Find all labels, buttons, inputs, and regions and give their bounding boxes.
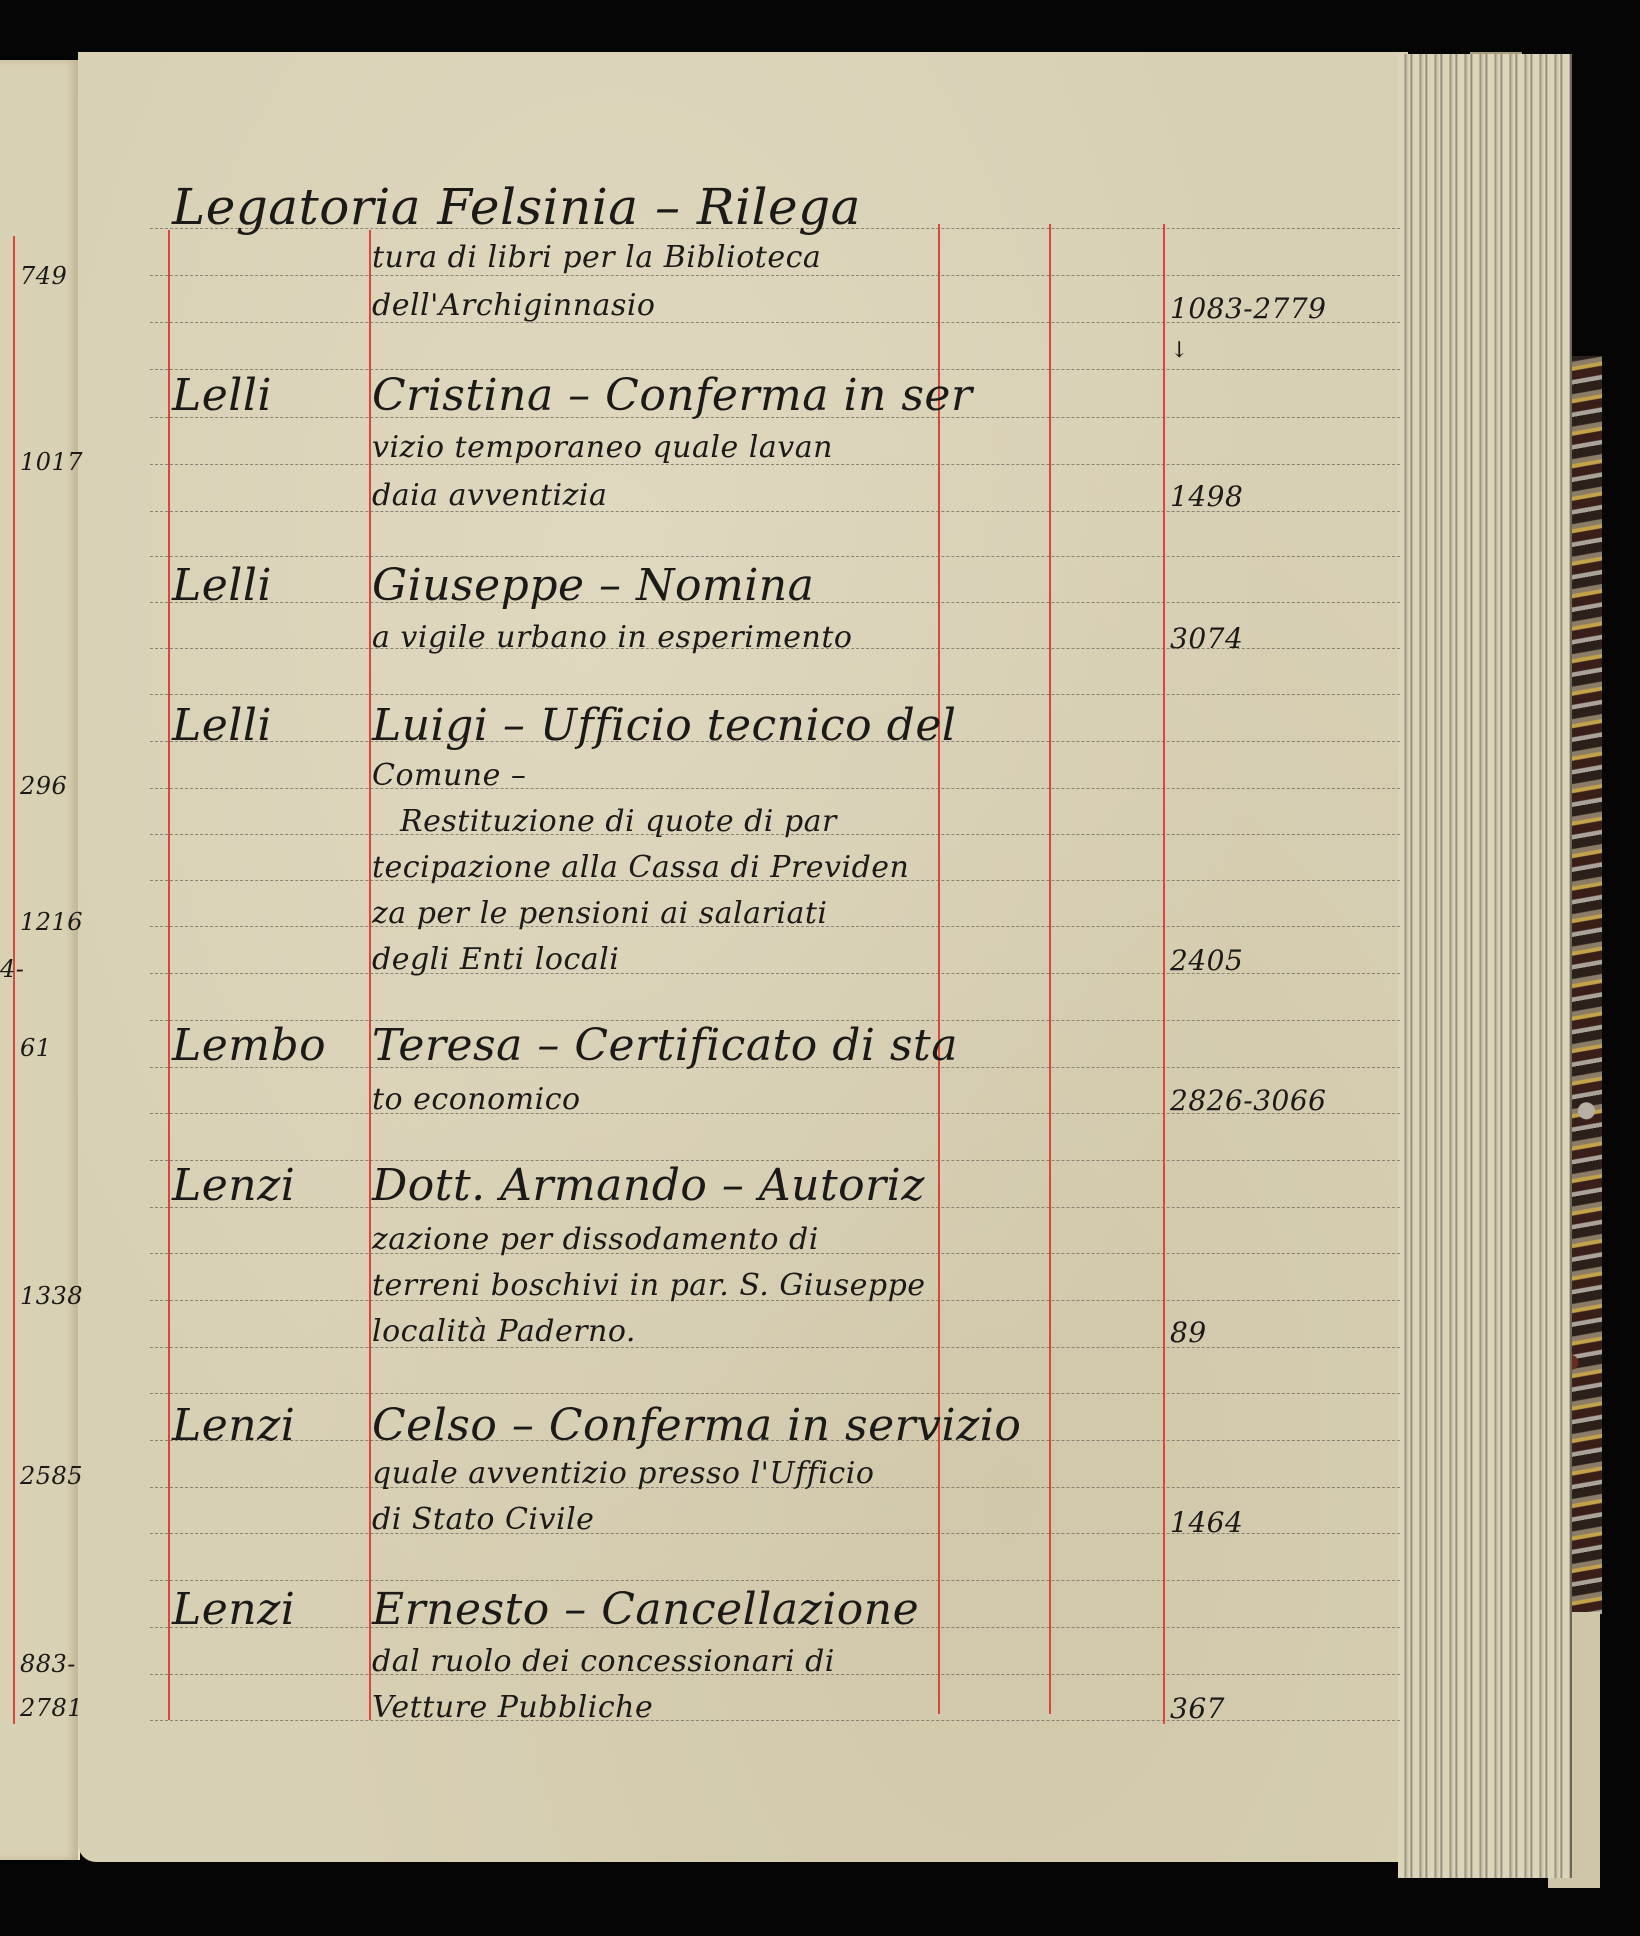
protocol-number: 1083-2779 <box>1170 292 1326 325</box>
entry-line: quale avventizio presso l'Ufficio <box>372 1456 874 1491</box>
margin-ref: 1017 <box>20 448 83 476</box>
entry-line: a vigile urbano in esperimento <box>372 620 852 655</box>
entry-line: Restituzione di quote di par <box>400 804 837 839</box>
entry-heading: Ernesto – Cancellazione <box>372 1584 919 1635</box>
entry-line: za per le pensioni ai salariati <box>372 896 827 931</box>
entry-line: zazione per dissodamento di <box>372 1222 819 1257</box>
margin-ref: 1216 <box>20 908 83 936</box>
entry-heading: Teresa – Certificato di sta <box>372 1020 958 1071</box>
entry-line: Comune – <box>372 758 526 793</box>
margin-ref: 883- <box>20 1650 76 1678</box>
fore-edge-page-stack <box>1398 54 1572 1878</box>
entry-line: dal ruolo dei concessionari di <box>372 1644 835 1679</box>
entry-line: tecipazione alla Cassa di Previden <box>372 850 909 885</box>
protocol-number: 1498 <box>1170 480 1243 513</box>
entry-line: vizio temporaneo quale lavan <box>372 430 833 465</box>
protocol-number: 367 <box>1170 1692 1225 1725</box>
red-rule-blank-col <box>938 224 940 1714</box>
red-rule-blank-col-2 <box>1049 224 1051 1714</box>
protocol-number: 2405 <box>1170 944 1243 977</box>
protocol-number: 89 <box>1170 1316 1207 1349</box>
ledger-scan: 749 Legatoria Felsinia – Rilega tura di … <box>0 0 1640 1936</box>
entry-line: Vetture Pubbliche <box>372 1690 653 1725</box>
entry-surname: Lenzi <box>172 1584 295 1635</box>
entry-line: dell'Archiginnasio <box>372 288 656 323</box>
margin-ref: 4- <box>0 955 24 983</box>
entry-heading: Giuseppe – Nomina <box>372 560 814 611</box>
entry-heading: Celso – Conferma in servizio <box>372 1400 1021 1451</box>
entry-line: daia avventizia <box>372 478 607 513</box>
red-rule-protocol <box>1163 224 1165 1724</box>
entry-heading: Dott. Armando – Autoriz <box>372 1160 925 1211</box>
red-rule-description <box>369 230 371 1720</box>
protocol-number: 3074 <box>1170 622 1243 655</box>
entry-line: tura di libri per la Biblioteca <box>372 240 821 275</box>
red-rule-surname <box>168 230 170 1720</box>
entry-heading: Cristina – Conferma in ser <box>372 370 973 421</box>
note-mark: ↓ <box>1170 338 1189 363</box>
entry-line: località Paderno. <box>372 1314 636 1349</box>
entry-surname: Lenzi <box>172 1400 295 1451</box>
margin-ref: 749 <box>20 262 67 290</box>
entry-surname: Lelli <box>172 700 272 751</box>
entry-line: degli Enti locali <box>372 942 619 977</box>
entry-surname: Lelli <box>172 370 272 421</box>
entry-surname: Lelli <box>172 560 272 611</box>
protocol-number: 2826-3066 <box>1170 1084 1326 1117</box>
entry-line: terreni boschivi in par. S. Giuseppe <box>372 1268 926 1303</box>
entry-heading: Legatoria Felsinia – Rilega <box>172 178 861 236</box>
protocol-number: 1464 <box>1170 1506 1243 1539</box>
entry-heading: Luigi – Ufficio tecnico del <box>372 700 956 751</box>
margin-ref: 61 <box>20 1034 52 1062</box>
margin-ref: 1338 <box>20 1282 83 1310</box>
margin-ref: 296 <box>20 772 67 800</box>
entry-surname: Lenzi <box>172 1160 295 1211</box>
margin-ref: 2781 <box>20 1694 83 1722</box>
entry-line: to economico <box>372 1082 581 1117</box>
entry-line: di Stato Civile <box>372 1502 594 1537</box>
margin-ref: 2585 <box>20 1462 83 1490</box>
entry-surname: Lembo <box>172 1020 326 1071</box>
